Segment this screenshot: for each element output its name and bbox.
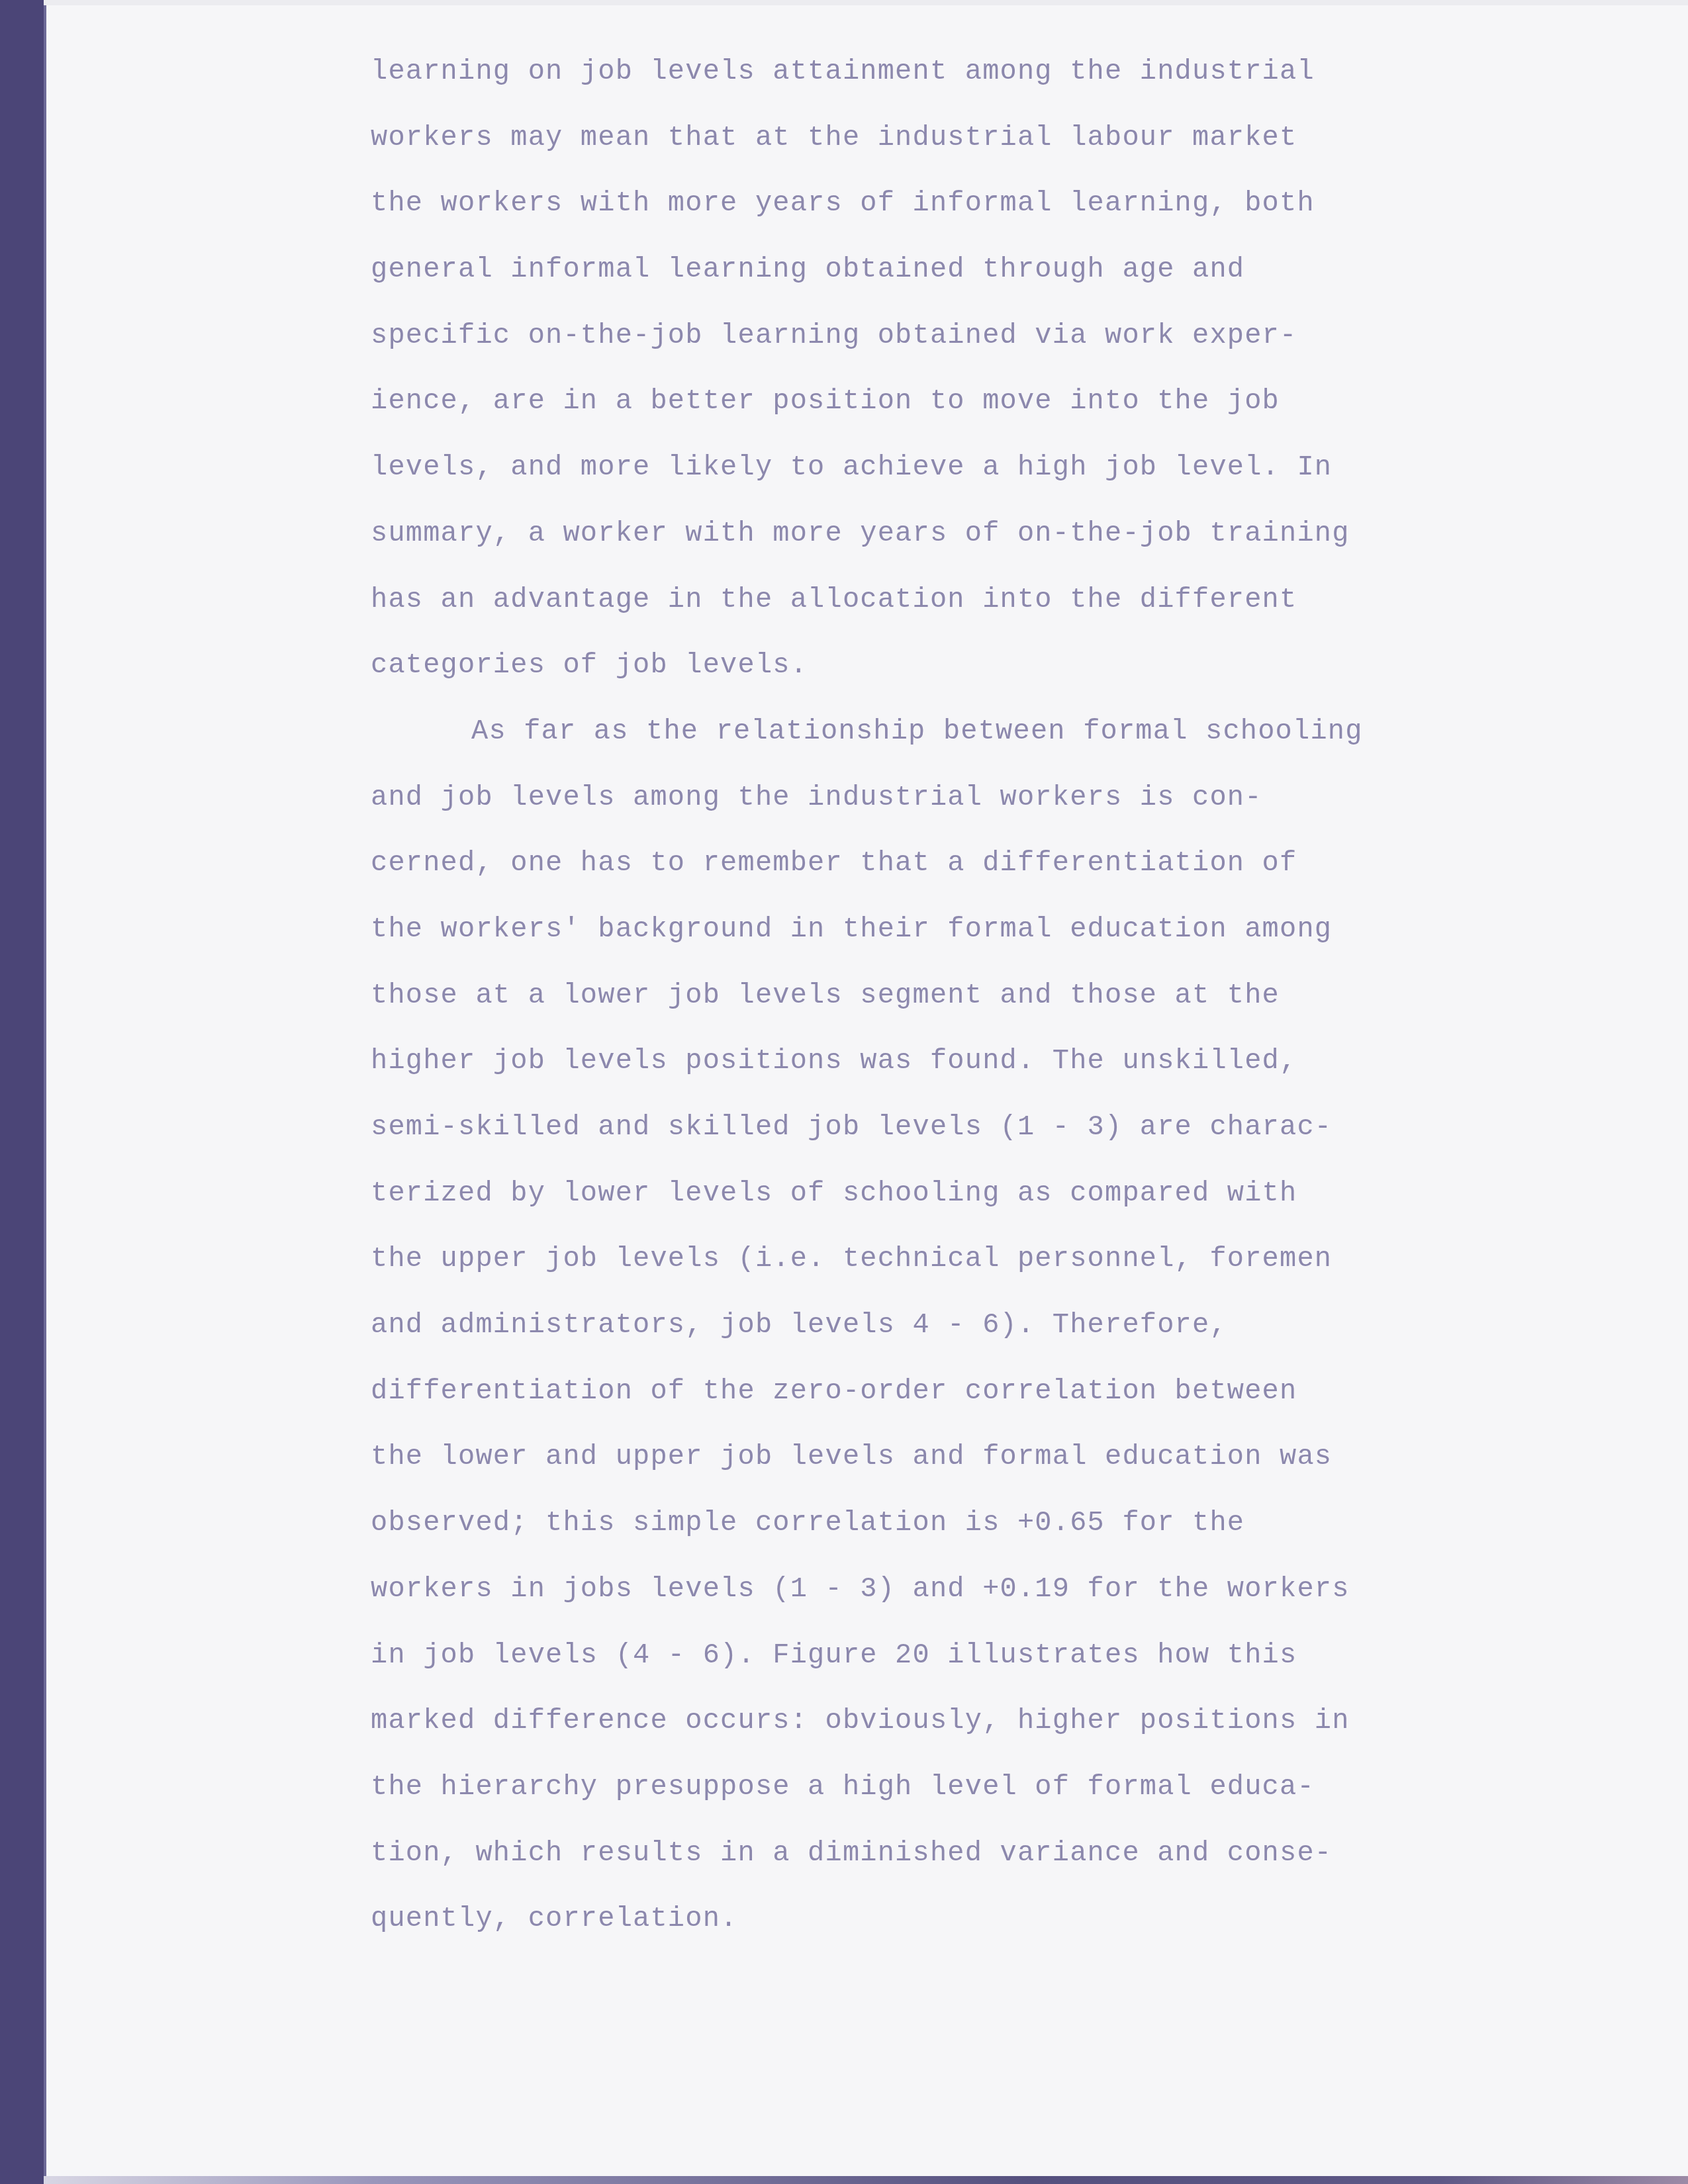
text-line: and job levels among the industrial work… — [371, 772, 1509, 839]
text-line: observed; this simple correlation is +0.… — [371, 1498, 1509, 1564]
text-line: semi-skilled and skilled job levels (1 -… — [371, 1102, 1509, 1168]
text-line: differentiation of the zero-order correl… — [371, 1366, 1509, 1432]
text-line: higher job levels positions was found. T… — [371, 1036, 1509, 1102]
text-line: general informal learning obtained throu… — [371, 244, 1509, 310]
scan-binding-edge — [0, 0, 46, 2184]
text-line: the lower and upper job levels and forma… — [371, 1432, 1509, 1498]
scan-bottom-edge — [44, 2176, 1688, 2184]
text-line: the workers' background in their formal … — [371, 904, 1509, 970]
paragraph-1: learning on job levels attainment among … — [371, 46, 1509, 706]
text-line: specific on-the-job learning obtained vi… — [371, 310, 1509, 377]
text-line: the workers with more years of informal … — [371, 178, 1509, 244]
text-line: and administrators, job levels 4 - 6). T… — [371, 1300, 1509, 1366]
text-line: levels, and more likely to achieve a hig… — [371, 442, 1509, 508]
text-line: tion, which results in a diminished vari… — [371, 1828, 1509, 1894]
text-line: quently, correlation. — [371, 1893, 1509, 1960]
text-line: learning on job levels attainment among … — [371, 46, 1509, 113]
text-line: As far as the relationship between forma… — [371, 706, 1509, 772]
text-line: the hierarchy presuppose a high level of… — [371, 1762, 1509, 1828]
paragraph-2: As far as the relationship between forma… — [371, 706, 1509, 1960]
text-line: the upper job levels (i.e. technical per… — [371, 1234, 1509, 1300]
document-page: learning on job levels attainment among … — [371, 46, 1509, 1960]
text-line: terized by lower levels of schooling as … — [371, 1168, 1509, 1234]
text-line: ience, are in a better position to move … — [371, 376, 1509, 442]
text-line: has an advantage in the allocation into … — [371, 574, 1509, 641]
text-line: those at a lower job levels segment and … — [371, 970, 1509, 1036]
text-line: in job levels (4 - 6). Figure 20 illustr… — [371, 1630, 1509, 1696]
text-line: summary, a worker with more years of on-… — [371, 508, 1509, 574]
text-line: categories of job levels. — [371, 640, 1509, 706]
text-line: workers in jobs levels (1 - 3) and +0.19… — [371, 1564, 1509, 1630]
scan-top-edge — [44, 0, 1688, 5]
text-line: workers may mean that at the industrial … — [371, 113, 1509, 179]
text-line: marked difference occurs: obviously, hig… — [371, 1696, 1509, 1762]
text-line: cerned, one has to remember that a diffe… — [371, 838, 1509, 904]
